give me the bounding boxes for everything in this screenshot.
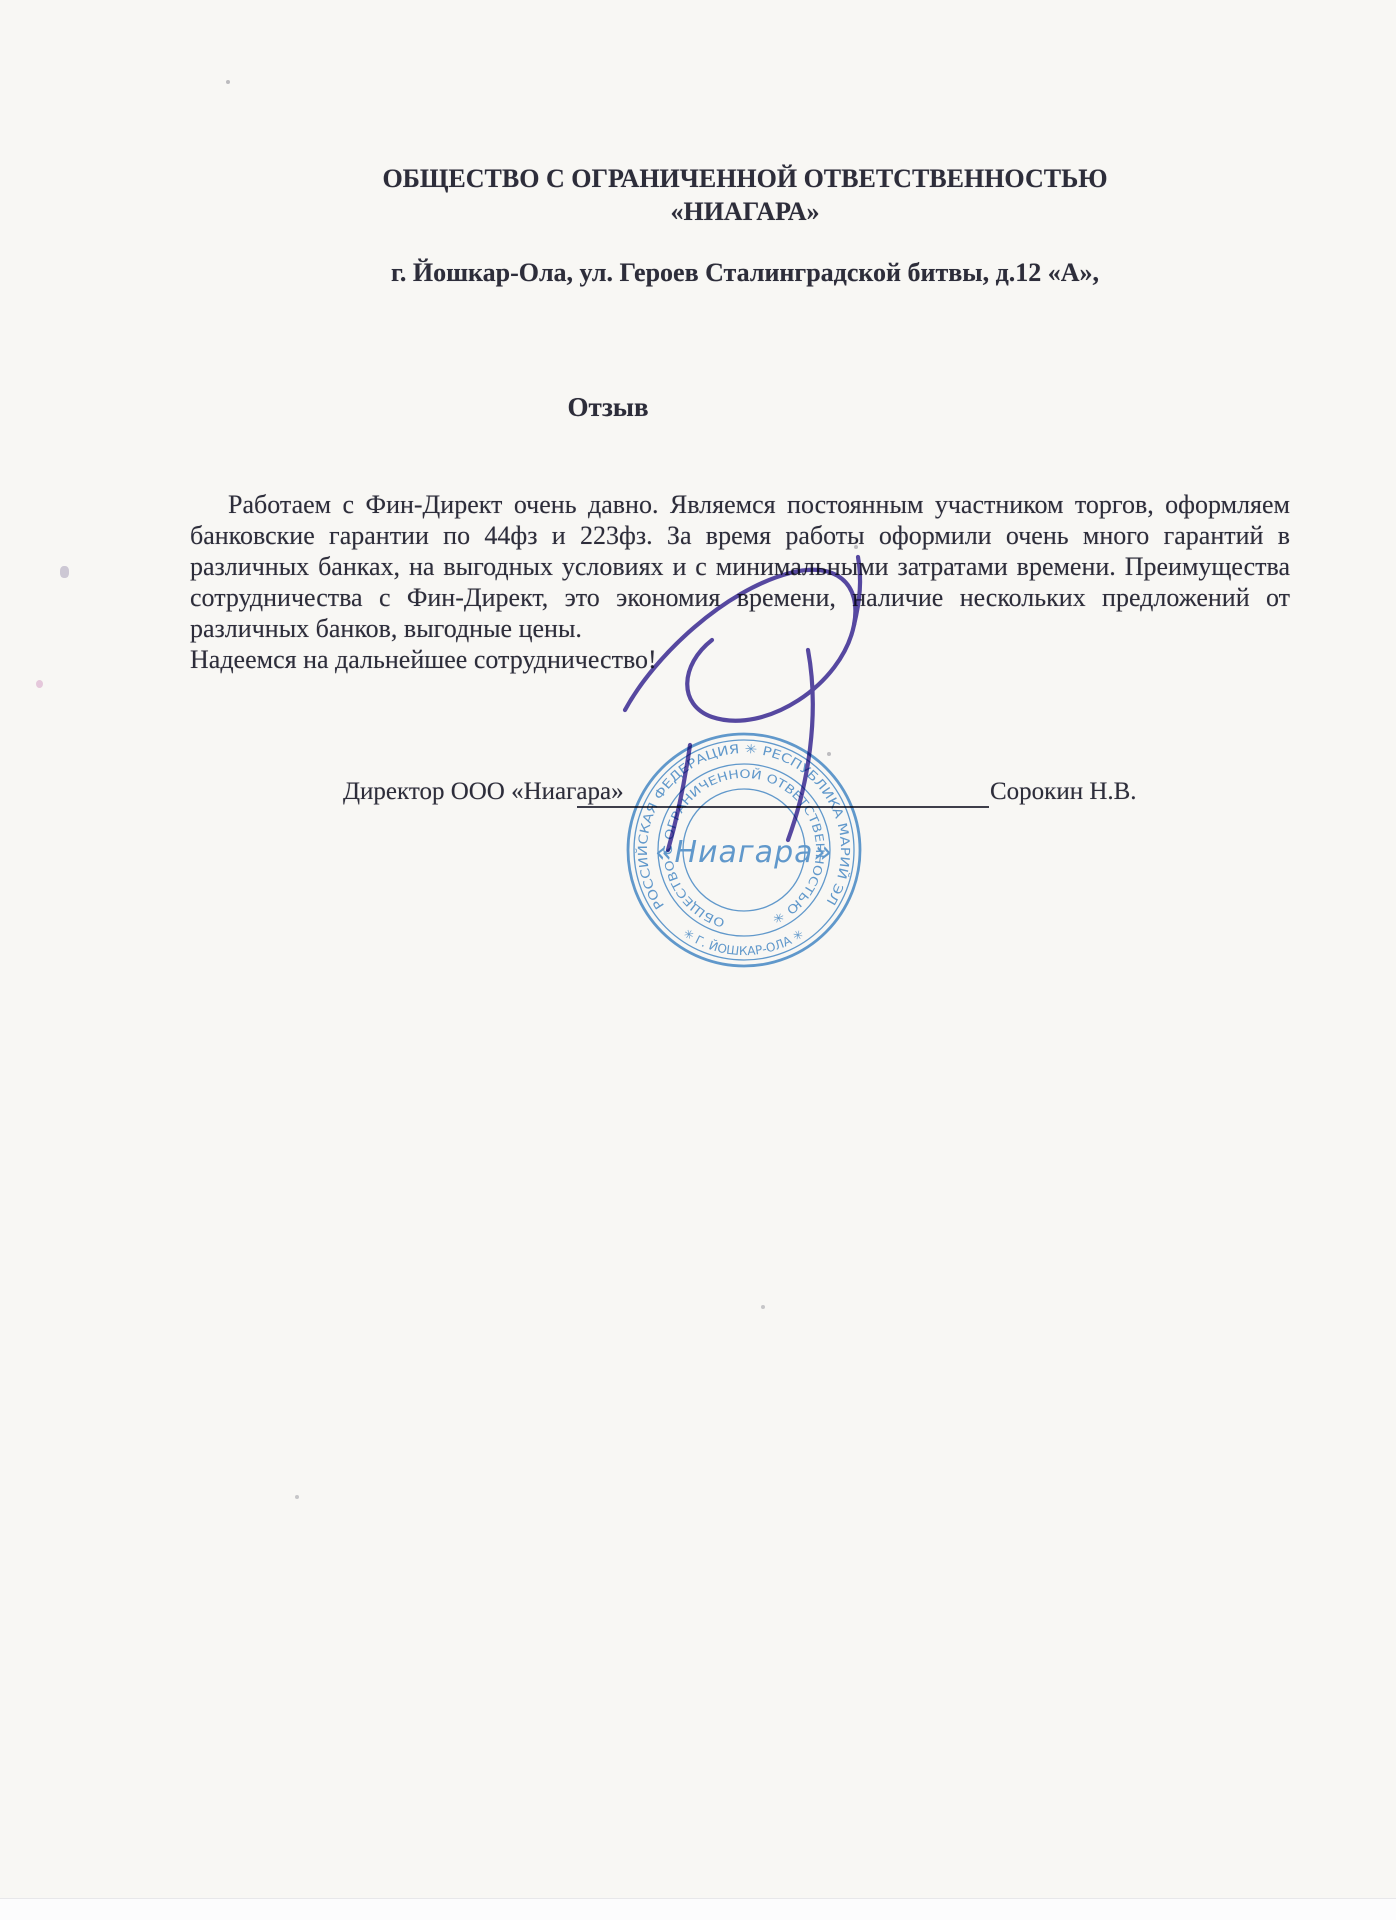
director-signature-icon	[540, 545, 900, 865]
signature-tail-stroke	[854, 557, 860, 625]
scan-speck	[60, 566, 69, 578]
signature-descender-stroke	[788, 650, 813, 840]
scan-speck	[854, 545, 858, 549]
stamp-outer-bottom-text: ✳ Г. ЙОШКАР-ОЛА ✳	[681, 926, 806, 958]
company-shortname-line: «НИАГАРА»	[245, 195, 1245, 228]
company-address-line: г. Йошкар-Ола, ул. Героев Сталинградской…	[245, 256, 1245, 289]
signature-cross-stroke	[668, 745, 690, 850]
scan-speck	[827, 752, 831, 756]
document-title: Отзыв	[498, 392, 718, 423]
signatory-name: Сорокин Н.В.	[990, 778, 1137, 806]
letterhead: ОБЩЕСТВО С ОГРАНИЧЕННОЙ ОТВЕТСТВЕННОСТЬЮ…	[245, 162, 1245, 289]
scan-speck	[761, 1305, 765, 1309]
scan-speck	[295, 1495, 299, 1499]
company-name-line: ОБЩЕСТВО С ОГРАНИЧЕННОЙ ОТВЕТСТВЕННОСТЬЮ	[245, 162, 1245, 195]
scan-speck	[226, 80, 230, 84]
scan-bottom-edge	[0, 1898, 1396, 1920]
letterhead-gap	[245, 228, 1245, 256]
scanned-document-page: ОБЩЕСТВО С ОГРАНИЧЕННОЙ ОТВЕТСТВЕННОСТЬЮ…	[0, 0, 1396, 1920]
scan-speck	[36, 680, 43, 688]
signature-main-loop	[625, 570, 855, 721]
